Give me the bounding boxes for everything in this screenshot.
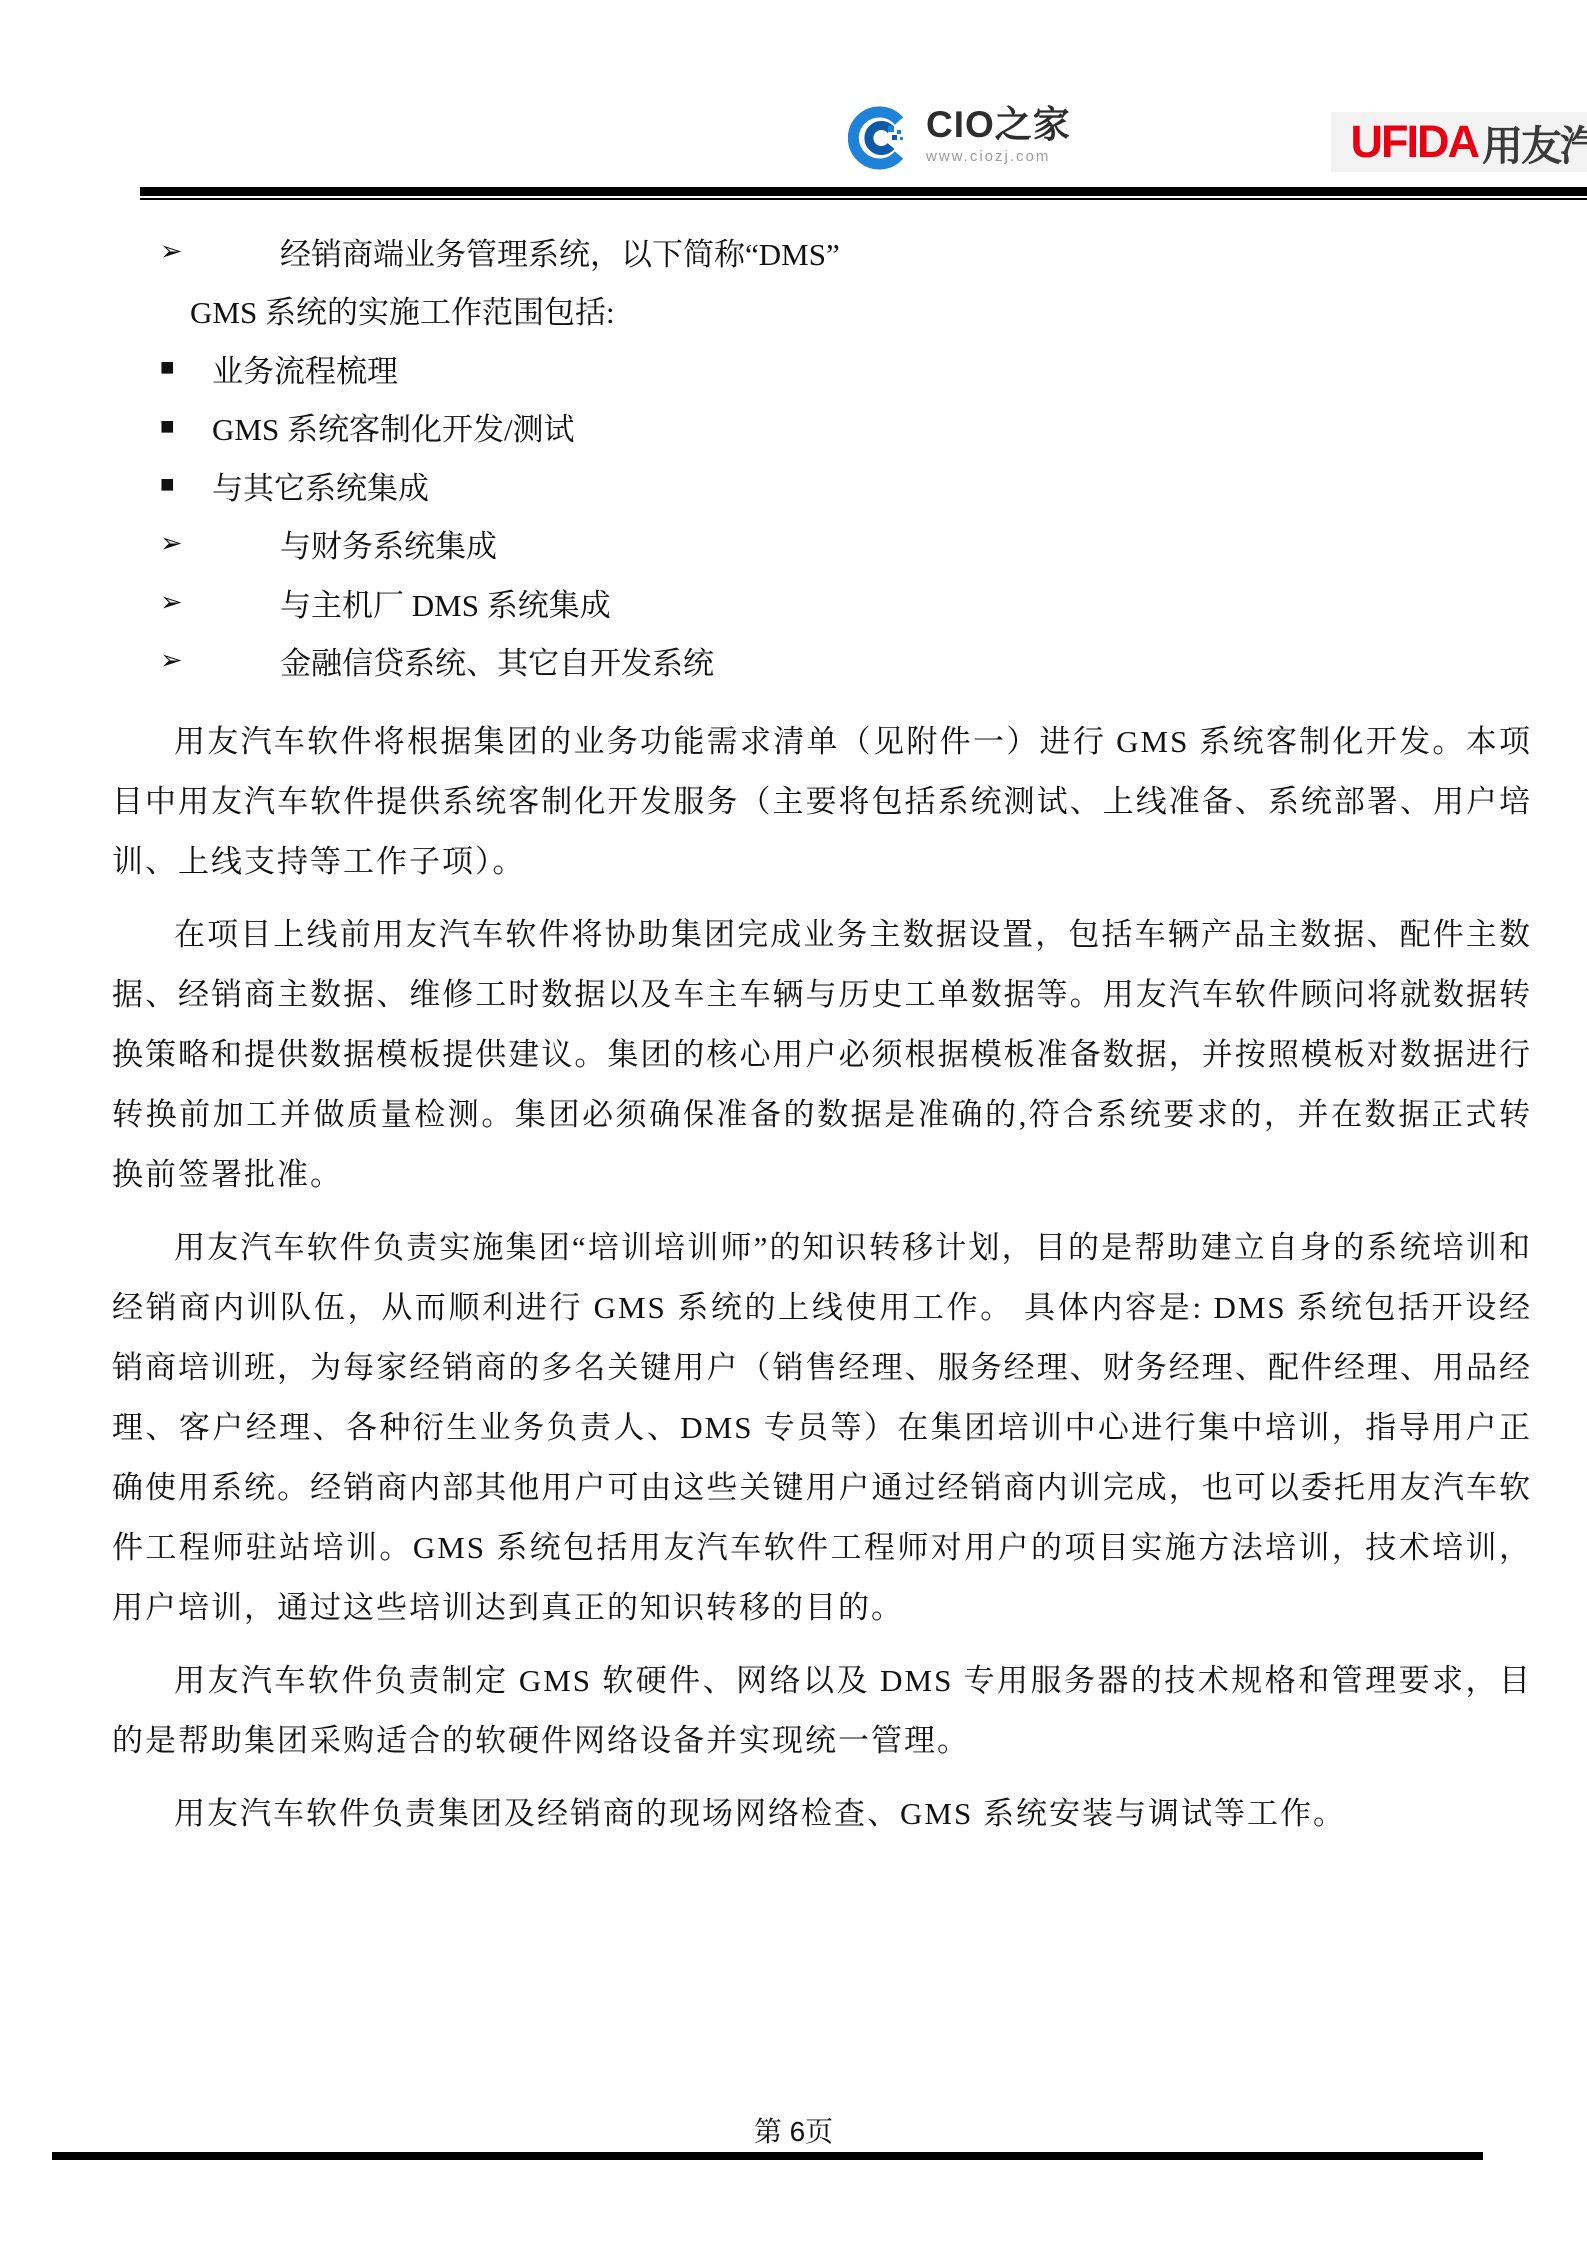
ufida-logo-latin: UFIDA	[1351, 116, 1478, 168]
list-item-label: 与财务系统集成	[280, 521, 497, 566]
square-bullet-icon: ■	[160, 356, 190, 380]
scope-list: ➢ 经销商端业务管理系统，以下简称“DMS” GMS 系统的实施工作范围包括: …	[140, 222, 1490, 690]
body-paragraph: 在项目上线前用友汽车软件将协助集团完成业务主数据设置，包括车辆产品主数据、配件主…	[112, 905, 1532, 1205]
footer-rule	[52, 2152, 1483, 2160]
arrow-bullet-icon: ➢	[160, 530, 190, 557]
list-item: ➢ 经销商端业务管理系统，以下简称“DMS”	[140, 222, 1490, 281]
list-item: ➢ 与主机厂 DMS 系统集成	[140, 573, 1490, 632]
list-item-label: 经销商端业务管理系统，以下简称“DMS”	[280, 229, 840, 274]
body-paragraph: 用友汽车软件负责制定 GMS 软硬件、网络以及 DMS 专用服务器的技术规格和管…	[112, 1651, 1532, 1771]
document-page: CIO之家 www.ciozj.com UFIDA 用友汽 ➢ 经销商端业务管理…	[0, 0, 1587, 2245]
list-item: ■ 业务流程梳理	[140, 339, 1490, 398]
list-item-label: 与主机厂 DMS 系统集成	[280, 580, 611, 625]
ciozj-logo-url: www.ciozj.com	[926, 148, 1071, 165]
arrow-bullet-icon: ➢	[160, 647, 190, 674]
header-rule-thick	[140, 187, 1587, 196]
list-item-label: 金融信贷系统、其它自开发系统	[280, 638, 714, 683]
body-paragraph: 用友汽车软件负责实施集团“培训培训师”的知识转移计划，目的是帮助建立自身的系统培…	[112, 1218, 1532, 1638]
header-rule-thin	[140, 198, 1587, 200]
body-paragraph: 用友汽车软件负责集团及经销商的现场网络检查、GMS 系统安装与调试等工作。	[112, 1784, 1532, 1844]
ciozj-logo: CIO之家 www.ciozj.com	[848, 106, 1071, 170]
list-item: ■ GMS 系统客制化开发/测试	[140, 398, 1490, 457]
body-text: 用友汽车软件将根据集团的业务功能需求清单（见附件一）进行 GMS 系统客制化开发…	[112, 712, 1532, 1857]
header-rule	[140, 187, 1587, 200]
body-paragraph: 用友汽车软件将根据集团的业务功能需求清单（见附件一）进行 GMS 系统客制化开发…	[112, 712, 1532, 892]
list-item-label: 与其它系统集成	[212, 463, 429, 508]
ufida-logo: UFIDA 用友汽	[1331, 112, 1587, 172]
arrow-bullet-icon: ➢	[160, 238, 190, 265]
list-item: ➢ 金融信贷系统、其它自开发系统	[140, 632, 1490, 691]
square-bullet-icon: ■	[160, 473, 190, 497]
ciozj-logo-title: CIO之家	[926, 106, 1071, 145]
list-item-label: 业务流程梳理	[212, 346, 398, 391]
ufida-logo-cjk: 用友汽	[1482, 113, 1587, 172]
arrow-bullet-icon: ➢	[160, 589, 190, 616]
list-item: ■ 与其它系统集成	[140, 456, 1490, 515]
list-item-label: GMS 系统客制化开发/测试	[212, 404, 575, 449]
list-item: ➢ 与财务系统集成	[140, 515, 1490, 574]
square-bullet-icon: ■	[160, 415, 190, 439]
list-item: GMS 系统的实施工作范围包括:	[140, 281, 1490, 340]
list-item-label: GMS 系统的实施工作范围包括:	[190, 287, 615, 332]
page-number: 第 6页	[0, 2110, 1587, 2150]
ciozj-c-icon	[848, 106, 912, 170]
